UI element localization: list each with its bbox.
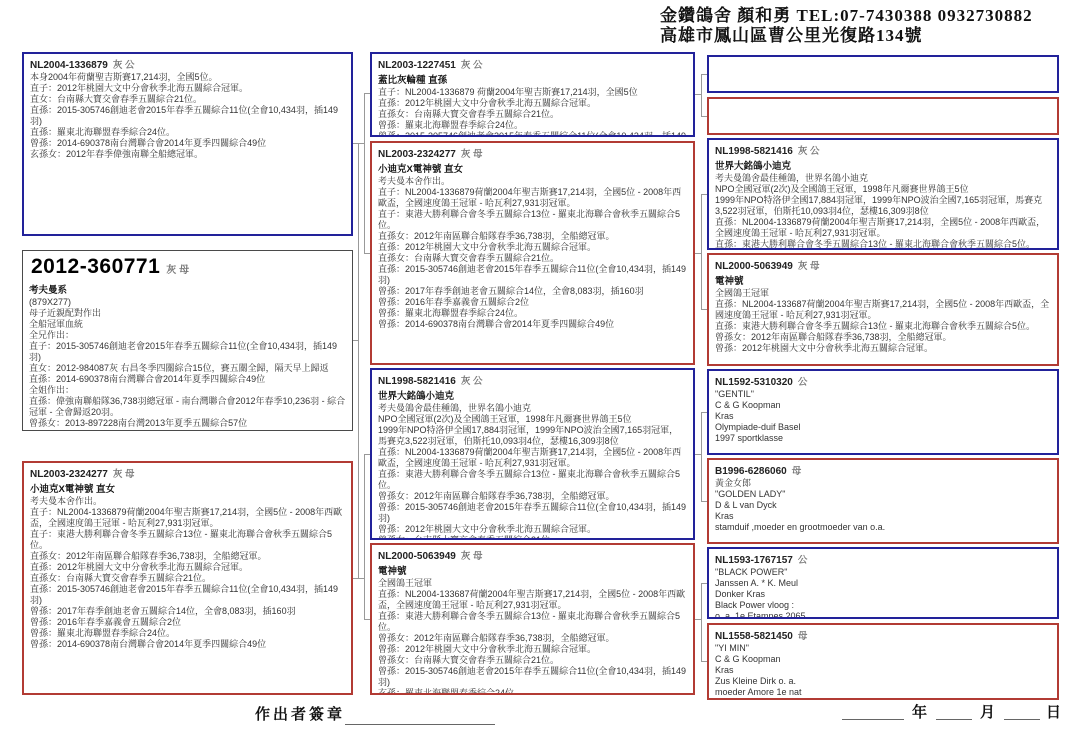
ring-text: NL2003-2324277 xyxy=(378,149,456,160)
pedigree-text-line: 直孫：東港大勝利聯合會冬季五關綜合13位 - 羅東北海聯合會秋季五關綜合5位。 xyxy=(715,239,1051,250)
connector-line xyxy=(364,253,370,254)
pedigree-text-line: 曾孫：2012年桃園大文中分會秋季北海五關綜合冠軍。 xyxy=(715,343,1051,354)
ring-text: NL1558-5821450 xyxy=(715,631,793,642)
pedigree-text-line: 直孫：東港大勝利聯合會冬季五關綜合13位 - 羅東北海聯合會秋季五關綜合5位。 xyxy=(378,611,687,633)
connector-line xyxy=(701,583,707,584)
year-label: 年 xyxy=(912,701,930,722)
pedigree-lines: 考夫曼鴿舍最佳種鴿，世界名鴿小迪克NPO全國冠軍(2次)及全國鴿王冠軍，1998… xyxy=(378,403,687,540)
pigeon-name: 小迪克X電神號 直女 xyxy=(378,161,687,175)
connector-line xyxy=(364,619,370,620)
pedigree-text-line: 1999年NPO特洛伊全國17,884羽冠軍，1999年NPO波治全國7,165… xyxy=(715,195,1051,217)
ring-text: 2012-360771 xyxy=(31,255,160,278)
loft-header: 金鑽鴿舍 顏和勇 TEL:07-7430388 0932730882 高雄市鳳山… xyxy=(660,6,1075,46)
pedigree-text-line: 曾孫女：台南縣大寶交會春季五關綜合21位。 xyxy=(378,535,687,540)
pedigree-box-maternal-granddam: NL2000-5063949灰 母 電神號 全國鴿王冠軍直孫：NL2004-13… xyxy=(370,543,695,695)
pedigree-lines: "YI MIN"C & G KoopmanKrasZus Kleine Dirk… xyxy=(715,643,1051,698)
pedigree-text-line: Black Power vloog : xyxy=(715,600,1051,611)
sex-color-mark: 灰 母 xyxy=(461,551,483,562)
pedigree-box-sire: NL2004-1336879灰 公 本身2004年荷蘭聖吉斯賽17,214羽，全… xyxy=(22,52,353,236)
pedigree-text-line: Zus Kleine Dirk o. a. xyxy=(715,676,1051,687)
pedigree-box-dam: NL2003-2324277灰 母 小迪克X電神號 直女 考夫曼本舍作出。直子：… xyxy=(22,461,353,695)
loft-name-phone: 金鑽鴿舍 顏和勇 TEL:07-7430388 0932730882 xyxy=(660,6,1075,26)
ring-number: NL1998-5821416灰 公 xyxy=(378,373,687,387)
pedigree-text-line: Kras xyxy=(715,511,1051,522)
pedigree-text-line: 直孫：NL2004-1336879荷蘭2004年聖吉斯賽17,214羽，全國5位… xyxy=(715,217,1051,239)
pedigree-text-line: "YI MIN" xyxy=(715,643,1051,654)
day-line xyxy=(1004,719,1040,720)
ring-text: B1996-6286060 xyxy=(715,466,787,477)
pedigree-lines: 直子：NL2004-1336879 荷蘭2004年聖吉斯賽17,214羽，全國5… xyxy=(378,87,687,137)
pedigree-text-line: 全船冠軍血統 xyxy=(29,319,346,330)
pedigree-text-line: stamduif ,moeder en grootmoeder van o.a. xyxy=(715,522,1051,533)
ring-text: NL2004-1336879 xyxy=(30,60,108,71)
pedigree-text-line: NPO全國冠軍(2次)及全國鴿王冠軍，1998年凡爾賽世界鴿王5位 xyxy=(378,414,687,425)
pigeon-name: 世界大銘鴿小迪克 xyxy=(715,158,1051,172)
pedigree-text-line: 直子：NL2004-1336879 荷蘭2004年聖吉斯賽17,214羽，全國5… xyxy=(378,87,687,98)
pedigree-text-line: 全姐作出： xyxy=(29,385,346,396)
pedigree-text-line: 直子：2012年桃園大文中分會秋季北海五關綜合冠軍。 xyxy=(30,83,345,94)
ring-number: NL2003-2324277灰 母 xyxy=(378,146,687,160)
sex-color-mark: 灰 公 xyxy=(798,146,820,157)
ring-number: NL2000-5063949灰 母 xyxy=(378,548,687,562)
pedigree-text-line: 直孫：東港大勝利聯合會冬季五關綜合13位 - 羅東北海聯合會秋季五關綜合5位。 xyxy=(378,469,687,491)
pedigree-lines: 全國鴿王冠軍直孫：NL2004-133687荷蘭2004年聖吉斯賽17,214羽… xyxy=(378,578,687,695)
pedigree-text-line: 曾孫女：2012年南區聯合船隊春季36,738羽，全船總冠軍。 xyxy=(715,332,1051,343)
pedigree-text-line: 直孫：NL2004-133687荷蘭2004年聖吉斯賽17,214羽，全國5位 … xyxy=(378,589,687,611)
ring-text: NL2000-5063949 xyxy=(715,261,793,272)
connector-line xyxy=(364,93,370,94)
pedigree-text-line: 考夫曼本舍作出。 xyxy=(30,496,345,507)
pedigree-text-line: 曾孫女：2013-897228南台灣2013年夏季五關綜合57位 xyxy=(29,418,346,429)
pedigree-text-line: 考夫曼本舍作出。 xyxy=(378,176,687,187)
sex-color-mark: 灰 母 xyxy=(166,265,189,276)
pedigree-text-line: moeder Amore 1e nat xyxy=(715,687,1051,698)
connector-line xyxy=(701,194,707,195)
pedigree-lines: 全國鴿王冠軍直孫：NL2004-133687荷蘭2004年聖吉斯賽17,214羽… xyxy=(715,288,1051,354)
sex-color-mark: 灰 公 xyxy=(461,376,483,387)
pedigree-lines: "GENTIL"C & G KoopmanKrasOlympiade-duif … xyxy=(715,389,1051,444)
pedigree-text-line: 直孫：2012年桃園大文中分會秋季北海五關綜合冠軍。 xyxy=(30,562,345,573)
pedigree-box-ggp4: NL2000-5063949灰 母 電神號 全國鴿王冠軍直孫：NL2004-13… xyxy=(707,253,1059,366)
pedigree-text-line: "BLACK POWER" xyxy=(715,567,1051,578)
pedigree-text-line: 曾孫：羅東北海聯盟春季綜合24位。 xyxy=(378,120,687,131)
pedigree-text-line: 直子：2015-305746創迪老會2015年春季五關綜合11位(全會10,43… xyxy=(29,341,346,363)
ring-text: NL1998-5821416 xyxy=(378,376,456,387)
connector-line xyxy=(701,194,702,309)
pedigree-text-line: Donker Kras xyxy=(715,589,1051,600)
pedigree-text-line: 曾孫：2012年桃園大文中分會秋季北海五關綜合冠軍。 xyxy=(378,644,687,655)
pedigree-text-line: 玄孫女：2012年春季偉強南聯全船總冠軍。 xyxy=(30,149,345,160)
ring-number: NL2003-1227451灰 公 xyxy=(378,57,687,71)
pedigree-lines: "BLACK POWER"Janssen A. * K. MeulDonker … xyxy=(715,567,1051,619)
pedigree-text-line: 曾孫女：台南縣大寶交會春季五關綜合21位。 xyxy=(378,655,687,666)
pedigree-text-line: 全國鴿王冠軍 xyxy=(715,288,1051,299)
pedigree-text-line: 全國鴿王冠軍 xyxy=(378,578,687,589)
pedigree-text-line: 直孫：東港大勝利聯合會冬季五關綜合13位 - 羅東北海聯合會秋季五關綜合5位。 xyxy=(715,321,1051,332)
pedigree-text-line: Kras xyxy=(715,665,1051,676)
pedigree-box-ggp1-empty xyxy=(707,55,1059,93)
connector-line xyxy=(701,74,702,116)
pedigree-text-line: 曾孫：2015-305746創迪老會2015年春季五關綜合11位(全會10,43… xyxy=(378,666,687,688)
pedigree-text-line: 直孫：2015-305746創迪老會2015年春季五關綜合11位(全會10,43… xyxy=(378,264,687,286)
pedigree-text-line: 直女：台南縣大寶交會春季五關綜合21位。 xyxy=(30,94,345,105)
pedigree-text-line: 直孫：羅東北海聯盟春季綜合24位。 xyxy=(30,127,345,138)
subject-ring: 2012-360771灰 母 xyxy=(31,255,346,279)
connector-line xyxy=(701,309,707,310)
pedigree-text-line: 直孫：NL2004-133687荷蘭2004年聖吉斯賽17,214羽，全國5位 … xyxy=(715,299,1051,321)
pedigree-text-line: 1997 sportklasse xyxy=(715,433,1051,444)
sex-color-mark: 灰 母 xyxy=(461,149,483,160)
pedigree-text-line: Kras xyxy=(715,411,1051,422)
ring-number: NL1558-5821450母 xyxy=(715,628,1051,642)
pedigree-text-line: 曾孫女：2012年南區聯合船隊春季36,738羽，全船總冠軍。 xyxy=(378,491,687,502)
signature-label: 作出者簽章 xyxy=(255,703,345,724)
pedigree-text-line: 直孫女：台南縣大寶交會春季五關綜合21位。 xyxy=(378,253,687,264)
ring-text: NL1593-1767157 xyxy=(715,555,793,566)
pedigree-text-line: 直孫女：2012年南區聯合船隊春季36,738羽，全船總冠軍。 xyxy=(30,551,345,562)
pigeon-name: 小迪克X電神號 直女 xyxy=(30,481,345,495)
pedigree-text-line: 曾孫：2014-690378南台灣聯合會2014年夏季四關綜合49位 xyxy=(30,639,345,650)
pedigree-text-line: 曾孫：2017年春季創迪老會五關綜合14位，全會8,083羽，插160羽 xyxy=(378,286,687,297)
pedigree-lines: 黃金女郎"GOLDEN LADY"D & L van DyckKrasstamd… xyxy=(715,478,1051,533)
pedigree-text-line: 曾孫：2015-305746創迪老會2015年春季五關綜合11位(全會10,43… xyxy=(378,502,687,524)
connector-line xyxy=(701,412,707,413)
pedigree-text-line: NPO全國冠軍(2次)及全國鴿王冠軍，1998年凡爾賽世界鴿王5位 xyxy=(715,184,1051,195)
pedigree-text-line: 考夫曼鴿舍最佳種鴿，世界名鴿小迪克 xyxy=(378,403,687,414)
ring-number: NL2004-1336879灰 公 xyxy=(30,57,345,71)
month-label: 月 xyxy=(980,701,998,722)
pedigree-text-line: 直子：東港大勝利聯合會冬季五關綜合13位 - 羅東北海聯合會秋季五關綜合5位。 xyxy=(30,529,345,551)
year-line xyxy=(842,719,904,720)
connector-line xyxy=(353,340,358,341)
pedigree-text-line: 直孫：NL2004-1336879荷蘭2004年聖吉斯賽17,214羽，全國5位… xyxy=(378,447,687,469)
connector-line xyxy=(364,454,370,455)
pedigree-text-line: (879X277) xyxy=(29,297,346,308)
pigeon-name: 世界大銘鴿小迪克 xyxy=(378,388,687,402)
loft-address: 高雄市鳳山區曹公里光復路134號 xyxy=(660,26,1075,46)
pedigree-text-line: 曾孫：2014-690378南台灣聯合會2014年夏季四關綜合49位 xyxy=(378,319,687,330)
pedigree-text-line: D & L van Dyck xyxy=(715,500,1051,511)
pedigree-box-ggp6: B1996-6286060母 黃金女郎"GOLDEN LADY"D & L va… xyxy=(707,458,1059,544)
sex-color-mark: 灰 公 xyxy=(461,60,483,71)
pedigree-text-line: 曾孫：2012年桃園大文中分會秋季北海五關綜合冠軍。 xyxy=(378,524,687,535)
pedigree-box-paternal-granddam: NL2003-2324277灰 母 小迪克X電神號 直女 考夫曼本舍作出。直子：… xyxy=(370,141,695,365)
pedigree-text-line: 1999年NPO特洛伊全國17,884羽冠軍，1999年NPO波治全國7,165… xyxy=(378,425,687,447)
connector-line xyxy=(364,93,365,253)
ring-text: NL2003-1227451 xyxy=(378,60,456,71)
pedigree-text-line: Janssen A. * K. Meul xyxy=(715,578,1051,589)
pedigree-text-line: 直孫：2012年桃園大文中分會秋季北海五關綜合冠軍。 xyxy=(378,242,687,253)
pedigree-box-maternal-grandsire: NL1998-5821416灰 公 世界大銘鴿小迪克 考夫曼鴿舍最佳種鴿，世界名… xyxy=(370,368,695,540)
ring-text: NL1592-5310320 xyxy=(715,377,793,388)
day-label: 日 xyxy=(1046,701,1064,722)
ring-number: B1996-6286060母 xyxy=(715,463,1051,477)
pedigree-text-line: 曾孫：羅東北海聯盟春季綜合24位。 xyxy=(30,628,345,639)
pedigree-text-line: 曾孫：2015-305746創迪老會2015年春季五關綜合11位(全會10,43… xyxy=(378,131,687,137)
pedigree-text-line: o. a. 1e Etampes 2065 xyxy=(715,611,1051,619)
pedigree-text-line: 直孫：2015-305746創迪老會2015年春季五關綜合11位(全會10,43… xyxy=(30,105,345,127)
pedigree-text-line: "GOLDEN LADY" xyxy=(715,489,1051,500)
pedigree-text-line: 玄孫：羅東北海聯盟春季綜合24位。 xyxy=(378,688,687,695)
pedigree-text-line: Olympiade-duif Basel xyxy=(715,422,1051,433)
pedigree-text-line: 曾孫女：2012年南區聯合船隊春季36,738羽，全船總冠軍。 xyxy=(378,633,687,644)
sex-color-mark: 灰 母 xyxy=(113,469,135,480)
ring-number: NL1593-1767157公 xyxy=(715,552,1051,566)
pigeon-name: 電神號 xyxy=(715,273,1051,287)
pedigree-text-line: 本身2004年荷蘭聖吉斯賽17,214羽，全國5位。 xyxy=(30,72,345,83)
connector-line xyxy=(701,501,707,502)
pedigree-text-line: C & G Koopman xyxy=(715,654,1051,665)
pedigree-box-paternal-grandsire: NL2003-1227451灰 公 蓋比灰輪種 直孫 直子：NL2004-133… xyxy=(370,52,695,137)
pedigree-text-line: 直孫：2012年桃園大文中分會秋季北海五關綜合冠軍。 xyxy=(378,98,687,109)
sex-color-mark: 公 xyxy=(798,555,808,566)
pedigree-text-line: 直孫女：台南縣大寶交會春季五關綜合21位。 xyxy=(378,109,687,120)
pedigree-lines: (879X277)母子近親配對作出全船冠軍血統全兄作出：直子：2015-3057… xyxy=(29,297,346,429)
connector-line xyxy=(701,412,702,501)
pedigree-box-ggp5: NL1592-5310320公 "GENTIL"C & G KoopmanKra… xyxy=(707,369,1059,455)
ring-text: NL1998-5821416 xyxy=(715,146,793,157)
connector-line xyxy=(701,661,707,662)
sex-color-mark: 母 xyxy=(798,631,808,642)
pedigree-text-line: 曾孫：2016年春季嘉義會五關綜合2位 xyxy=(378,297,687,308)
pedigree-text-line: 黃金女郎 xyxy=(715,478,1051,489)
ring-text: NL2000-5063949 xyxy=(378,551,456,562)
ring-text: NL2003-2324277 xyxy=(30,469,108,480)
pedigree-text-line: 母子近親配對作出 xyxy=(29,308,346,319)
pigeon-name: 蓋比灰輪種 直孫 xyxy=(378,72,687,86)
sex-color-mark: 灰 公 xyxy=(113,60,135,71)
pedigree-text-line: 直子：東港大勝利聯合會冬季五關綜合13位 - 羅東北海聯合會秋季五關綜合5位。 xyxy=(378,209,687,231)
pedigree-text-line: 曾孫：2017年春季創迪老會五關綜合14位，全會8,083羽，插160羽 xyxy=(30,606,345,617)
pedigree-text-line: 直孫女：2012年南區聯合船隊春季36,738羽，全船總冠軍。 xyxy=(378,231,687,242)
ring-number: NL1592-5310320公 xyxy=(715,374,1051,388)
sex-color-mark: 母 xyxy=(792,466,802,477)
ring-number: NL1998-5821416灰 公 xyxy=(715,143,1051,157)
pedigree-text-line: 直孫：偉強南聯船隊36,738羽總冠軍 - 南台灣聯合會2012年春季10,23… xyxy=(29,396,346,418)
pedigree-lines: 考夫曼本舍作出。直子：NL2004-1336879荷蘭2004年聖吉斯賽17,2… xyxy=(378,176,687,330)
pedigree-text-line: 曾孫：羅東北海聯盟春季綜合24位。 xyxy=(378,308,687,319)
signature-line xyxy=(345,724,495,725)
pedigree-lines: 考夫曼鴿舍最佳種鴿，世界名鴿小迪克NPO全國冠軍(2次)及全國鴿王冠軍，1998… xyxy=(715,173,1051,250)
pedigree-text-line: 直子：NL2004-1336879荷蘭2004年聖吉斯賽17,214羽，全國5位… xyxy=(30,507,345,529)
connector-line xyxy=(701,116,707,117)
connector-line xyxy=(701,74,707,75)
pedigree-box-ggp2-empty xyxy=(707,97,1059,135)
sex-color-mark: 公 xyxy=(798,377,808,388)
strain-name: 考夫曼系 xyxy=(29,282,346,296)
pedigree-document: 金鑽鴿舍 顏和勇 TEL:07-7430388 0932730882 高雄市鳳山… xyxy=(0,0,1080,755)
pedigree-box-ggp7: NL1593-1767157公 "BLACK POWER"Janssen A. … xyxy=(707,547,1059,619)
pedigree-text-line: 曾孫：2014-690378南台灣聯合會2014年夏季四關綜合49位 xyxy=(30,138,345,149)
pedigree-box-ggp3: NL1998-5821416灰 公 世界大銘鴿小迪克 考夫曼鴿舍最佳種鴿，世界名… xyxy=(707,138,1059,250)
pedigree-text-line: 直女：2012-984087灰 右昌冬季四關綜合15位，賽五關全歸，隔天早上歸返 xyxy=(29,363,346,374)
connector-line xyxy=(701,583,702,661)
pedigree-lines: 考夫曼本舍作出。直子：NL2004-1336879荷蘭2004年聖吉斯賽17,2… xyxy=(30,496,345,650)
pedigree-text-line: 曾孫：2016年春季嘉義會五關綜合2位 xyxy=(30,617,345,628)
pedigree-box-subject: 2012-360771灰 母 考夫曼系 (879X277)母子近親配對作出全船冠… xyxy=(22,250,353,431)
month-line xyxy=(936,719,972,720)
pedigree-text-line: 直子：NL2004-1336879荷蘭2004年聖吉斯賽17,214羽，全國5位… xyxy=(378,187,687,209)
connector-line xyxy=(364,454,365,619)
pedigree-lines: 本身2004年荷蘭聖吉斯賽17,214羽，全國5位。直子：2012年桃園大文中分… xyxy=(30,72,345,160)
sex-color-mark: 灰 母 xyxy=(798,261,820,272)
connector-line xyxy=(358,143,359,578)
pigeon-name: 電神號 xyxy=(378,563,687,577)
ring-number: NL2003-2324277灰 母 xyxy=(30,466,345,480)
pedigree-text-line: 直孫女：台南縣大寶交會春季五關綜合21位。 xyxy=(30,573,345,584)
pedigree-text-line: C & G Koopman xyxy=(715,400,1051,411)
pedigree-text-line: 直孫：2015-305746創迪老會2015年春季五關綜合11位(全會10,43… xyxy=(30,584,345,606)
pedigree-text-line: 全兄作出： xyxy=(29,330,346,341)
pedigree-text-line: 直孫：2014-690378南台灣聯合會2014年夏季四關綜合49位 xyxy=(29,374,346,385)
pedigree-text-line: 考夫曼鴿舍最佳種鴿，世界名鴿小迪克 xyxy=(715,173,1051,184)
pedigree-box-ggp8: NL1558-5821450母 "YI MIN"C & G KoopmanKra… xyxy=(707,623,1059,700)
pedigree-text-line: "GENTIL" xyxy=(715,389,1051,400)
ring-number: NL2000-5063949灰 母 xyxy=(715,258,1051,272)
